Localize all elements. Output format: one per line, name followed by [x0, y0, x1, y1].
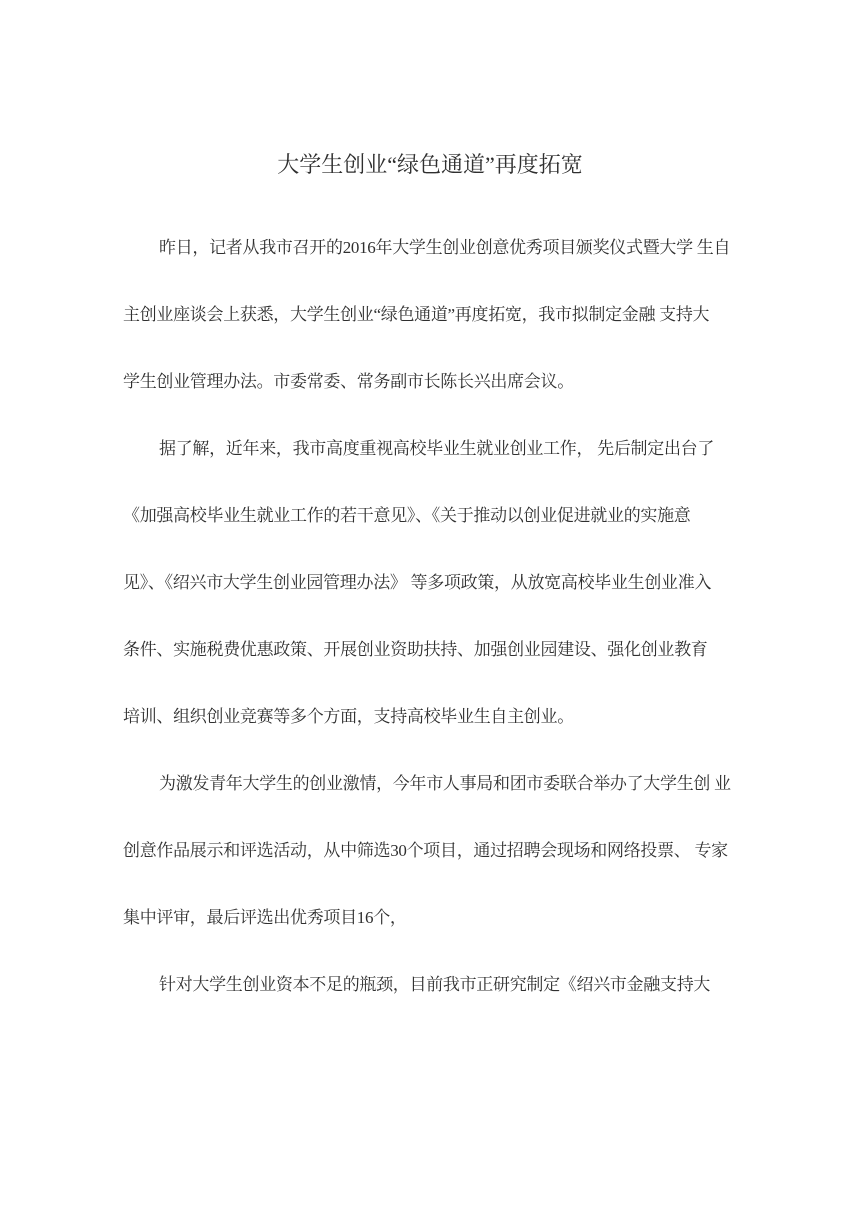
document-body: 昨日，记者从我市召开的2016年大学生创业创意优秀项目颁奖仪式暨大学 生自 主创… — [123, 214, 737, 1018]
text-line: 昨日，记者从我市召开的2016年大学生创业创意优秀项目颁奖仪式暨大学 生自 — [123, 214, 737, 281]
text-line: 据了解，近年来，我市高度重视高校毕业生就业创业工作， 先后制定出台了 — [123, 415, 737, 482]
text-line: 针对大学生创业资本不足的瓶颈，目前我市正研究制定《绍兴市金融支持大 — [123, 951, 737, 1018]
document-page: 大学生创业“绿色通道”再度拓宽 昨日，记者从我市召开的2016年大学生创业创意优… — [0, 0, 860, 1218]
paragraph-1: 昨日，记者从我市召开的2016年大学生创业创意优秀项目颁奖仪式暨大学 生自 主创… — [123, 214, 737, 415]
text-line: 学生创业管理办法。市委常委、常务副市长陈长兴出席会议。 — [123, 348, 737, 415]
text-line: 《加强高校毕业生就业工作的若干意见》、《关于推动以创业促进就业的实施意 — [123, 482, 737, 549]
text-line: 条件、实施税费优惠政策、开展创业资助扶持、加强创业园建设、强化创业教育 — [123, 616, 737, 683]
text-line: 为激发青年大学生的创业激情，今年市人事局和团市委联合举办了大学生创 业 — [123, 750, 737, 817]
text-line: 创意作品展示和评选活动，从中筛选30个项目，通过招聘会现场和网络投票、 专家 — [123, 817, 737, 884]
paragraph-3: 为激发青年大学生的创业激情，今年市人事局和团市委联合举办了大学生创 业 创意作品… — [123, 750, 737, 951]
paragraph-2: 据了解，近年来，我市高度重视高校毕业生就业创业工作， 先后制定出台了 《加强高校… — [123, 415, 737, 750]
text-line: 培训、组织创业竞赛等多个方面，支持高校毕业生自主创业。 — [123, 683, 737, 750]
document-title: 大学生创业“绿色通道”再度拓宽 — [0, 150, 860, 180]
text-line: 主创业座谈会上获悉，大学生创业“绿色通道”再度拓宽，我市拟制定金融 支持大 — [123, 281, 737, 348]
paragraph-4: 针对大学生创业资本不足的瓶颈，目前我市正研究制定《绍兴市金融支持大 — [123, 951, 737, 1018]
text-line: 集中评审，最后评选出优秀项目16个， — [123, 884, 737, 951]
text-line: 见》、《绍兴市大学生创业园管理办法》 等多项政策，从放宽高校毕业生创业准入 — [123, 549, 737, 616]
